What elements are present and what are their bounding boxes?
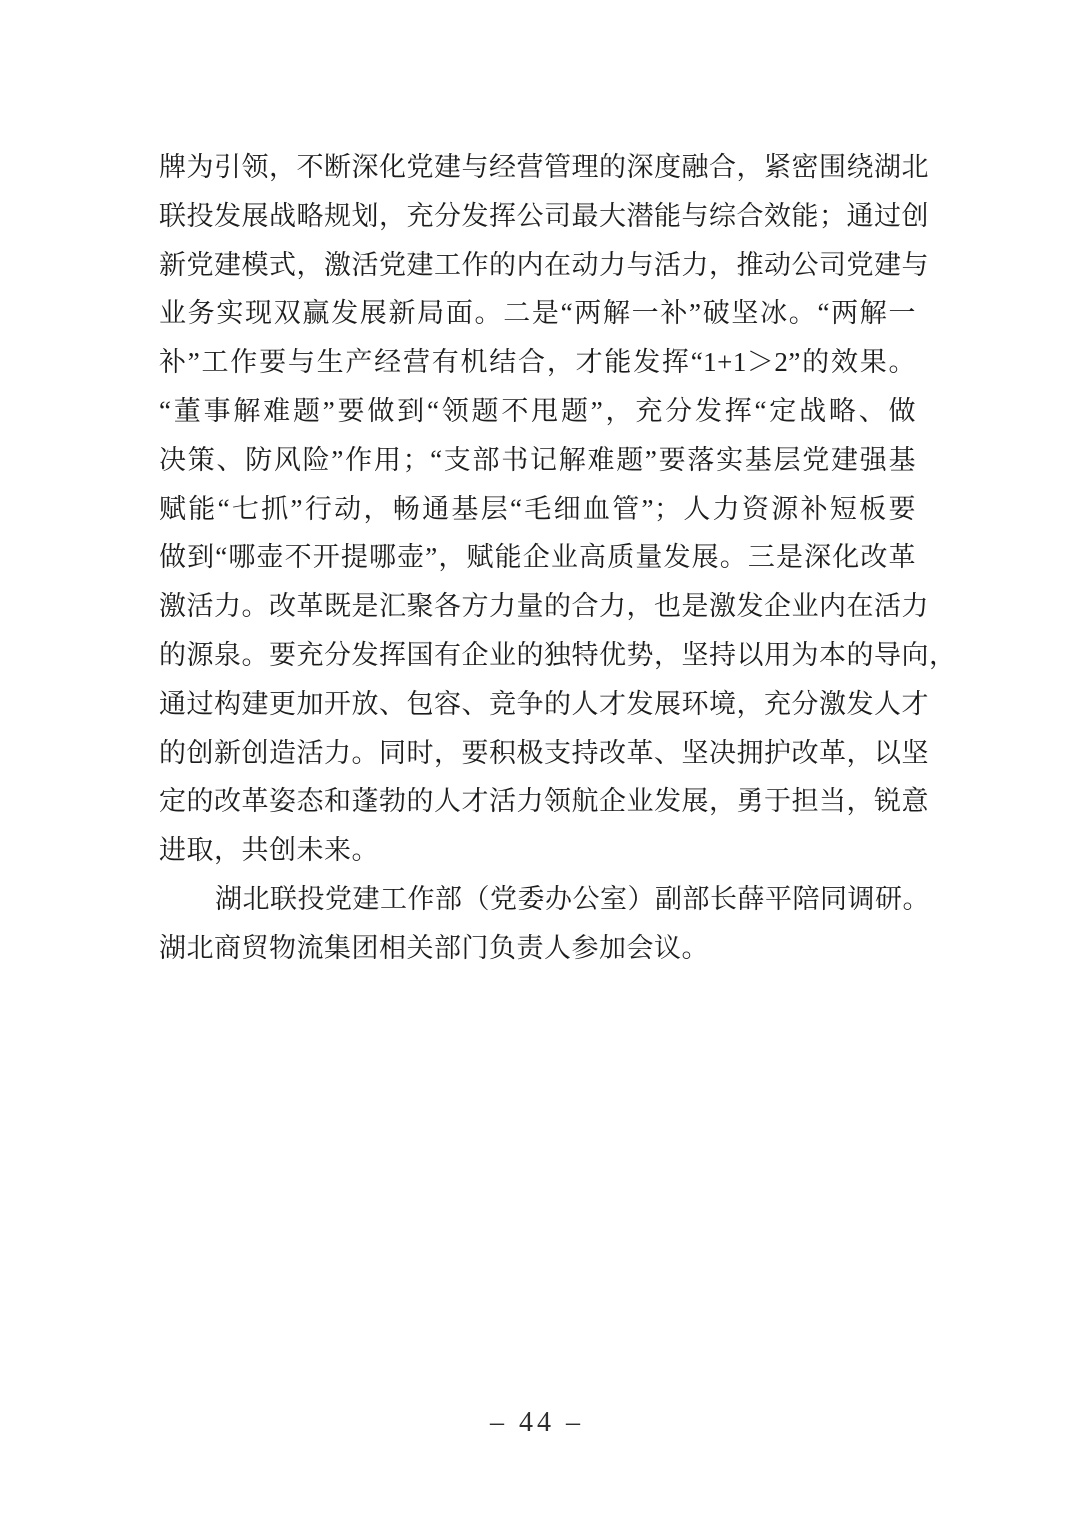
page-number: – 44 – xyxy=(0,1406,1074,1440)
text-line: 湖北联投党建工作部（党委办公室）副部长薛平陪同调研。 xyxy=(159,875,916,924)
text-line: 赋能“七抓”行动，畅通基层“毛细血管”；人力资源补短板要 xyxy=(159,485,916,534)
paragraph-closing: 湖北联投党建工作部（党委办公室）副部长薛平陪同调研。 湖北商贸物流集团相关部门负… xyxy=(159,875,916,973)
text-line: 进取，共创未来。 xyxy=(159,826,916,875)
text-line: 业务实现双赢发展新局面。二是“两解一补”破坚冰。“两解一 xyxy=(159,289,916,338)
text-line: 牌为引领，不断深化党建与经营管理的深度融合，紧密围绕湖北 xyxy=(159,143,916,192)
paragraph-main: 牌为引领，不断深化党建与经营管理的深度融合，紧密围绕湖北 联投发展战略规划，充分… xyxy=(159,143,916,875)
body-text: 牌为引领，不断深化党建与经营管理的深度融合，紧密围绕湖北 联投发展战略规划，充分… xyxy=(159,143,916,973)
document-page: 牌为引领，不断深化党建与经营管理的深度融合，紧密围绕湖北 联投发展战略规划，充分… xyxy=(0,0,1074,1520)
text-line: 激活力。改革既是汇聚各方力量的合力，也是激发企业内在活力 xyxy=(159,582,916,631)
text-line: “董事解难题”要做到“领题不甩题”，充分发挥“定战略、做 xyxy=(159,387,916,436)
text-line: 新党建模式，激活党建工作的内在动力与活力，推动公司党建与 xyxy=(159,241,916,290)
text-line: 做到“哪壶不开提哪壶”，赋能企业高质量发展。三是深化改革 xyxy=(159,533,916,582)
text-line: 的源泉。要充分发挥国有企业的独特优势，坚持以用为本的导向， xyxy=(159,631,916,680)
text-line: 补”工作要与生产经营有机结合，才能发挥“1+1＞2”的效果。 xyxy=(159,338,916,387)
text-line: 的创新创造活力。同时，要积极支持改革、坚决拥护改革，以坚 xyxy=(159,729,916,778)
text-line: 通过构建更加开放、包容、竞争的人才发展环境，充分激发人才 xyxy=(159,680,916,729)
text-line: 决策、防风险”作用；“支部书记解难题”要落实基层党建强基 xyxy=(159,436,916,485)
text-line: 定的改革姿态和蓬勃的人才活力领航企业发展，勇于担当，锐意 xyxy=(159,777,916,826)
text-line: 湖北商贸物流集团相关部门负责人参加会议。 xyxy=(159,924,916,973)
text-line: 联投发展战略规划，充分发挥公司最大潜能与综合效能；通过创 xyxy=(159,192,916,241)
